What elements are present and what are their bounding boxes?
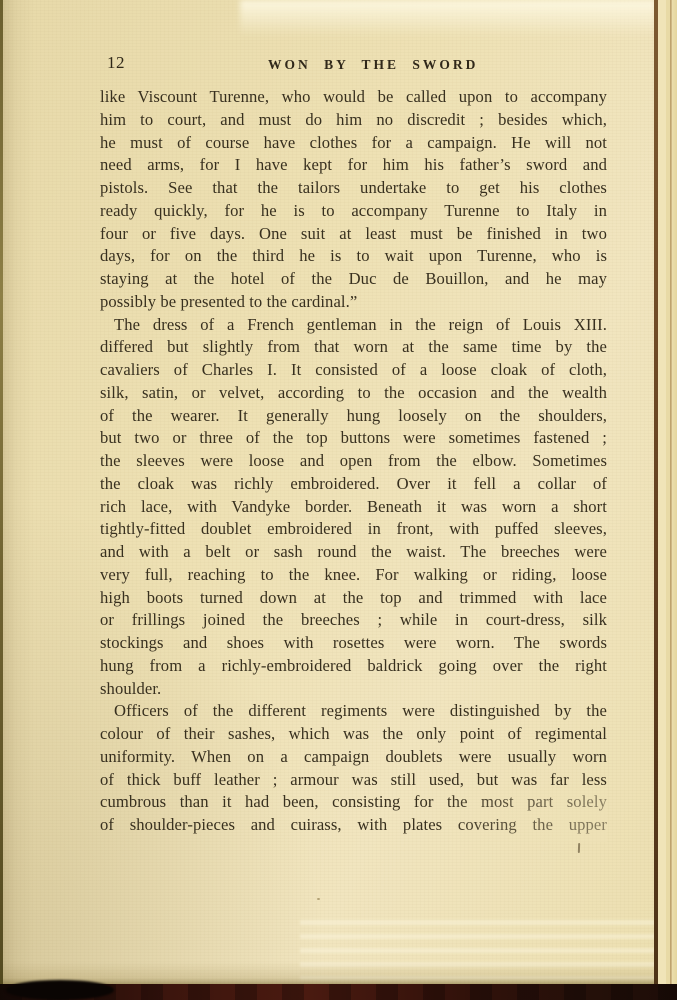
- text-line: Officers of the different regiments were…: [100, 700, 607, 723]
- cover-shadow-blob: [6, 980, 114, 1000]
- right-page-stack-edge: [658, 0, 677, 992]
- page-stack-streaks: [300, 920, 656, 980]
- text-line: days, for on the third he is to wait upo…: [100, 245, 607, 268]
- text-line: differed but slightly from that worn at …: [100, 336, 607, 359]
- text-line: ready quickly, for he is to accompany Tu…: [100, 200, 607, 223]
- text-line: silk, satin, or velvet, according to the…: [100, 382, 607, 405]
- book-cover-band: [0, 984, 677, 1000]
- text-line: but two or three of the top buttons were…: [100, 427, 607, 450]
- text-line: shoulder.: [100, 678, 607, 701]
- text-line: of the wearer. It generally hung loosely…: [100, 405, 607, 428]
- text-line: stockings and shoes with rosettes were w…: [100, 632, 607, 655]
- text-line: of shoulder-pieces and cuirass, with pla…: [100, 814, 607, 837]
- text-line: cavaliers of Charles I. It consisted of …: [100, 359, 607, 382]
- text-line: very full, reaching to the knee. For wal…: [100, 564, 607, 587]
- top-glare: [240, 0, 656, 36]
- page-right-edge-line: [654, 0, 658, 988]
- text-line: pistols. See that the tailors undertake …: [100, 177, 607, 200]
- text-line: cumbrous than it had been, consisting fo…: [100, 791, 607, 814]
- running-title: WON BY THE SWORD: [268, 57, 478, 73]
- text-line: hung from a richly-embroidered baldrick …: [100, 655, 607, 678]
- text-line: or frillings joined the breeches ; while…: [100, 609, 607, 632]
- text-line: need arms, for I have kept for him his f…: [100, 154, 607, 177]
- text-line: staying at the hotel of the Duc de Bouil…: [100, 268, 607, 291]
- text-line: he must of course have clothes for a cam…: [100, 132, 607, 155]
- text-line: four or five days. One suit at least mus…: [100, 223, 607, 246]
- text-line: the cloak was richly embroidered. Over i…: [100, 473, 607, 496]
- text-line: rich lace, with Vandyke border. Beneath …: [100, 496, 607, 519]
- paper-speck: [317, 898, 320, 900]
- text-line: and with a belt or sash round the waist.…: [100, 541, 607, 564]
- text-line: colour of their sashes, which was the on…: [100, 723, 607, 746]
- text-line: uniformity. When on a campaign doublets …: [100, 746, 607, 769]
- page-number: 12: [107, 53, 125, 73]
- text-block: like Viscount Turenne, who would be call…: [100, 86, 607, 837]
- text-line: possibly be presented to the cardinal.”: [100, 291, 607, 314]
- text-line: like Viscount Turenne, who would be call…: [100, 86, 607, 109]
- text-line: him to court, and must do him no discred…: [100, 109, 607, 132]
- stray-ink-mark: [578, 843, 580, 853]
- text-line: tightly-fitted doublet embroidered in fr…: [100, 518, 607, 541]
- text-line: of thick buff leather ; armour was still…: [100, 769, 607, 792]
- page-surface: 12 WON BY THE SWORD like Viscount Turenn…: [0, 0, 658, 986]
- binding-gutter-line: [0, 0, 3, 986]
- text-line: The dress of a French gentleman in the r…: [100, 314, 607, 337]
- book-photo: 12 WON BY THE SWORD like Viscount Turenn…: [0, 0, 677, 1000]
- text-line: high boots turned down at the top and tr…: [100, 587, 607, 610]
- text-line: the sleeves were loose and open from the…: [100, 450, 607, 473]
